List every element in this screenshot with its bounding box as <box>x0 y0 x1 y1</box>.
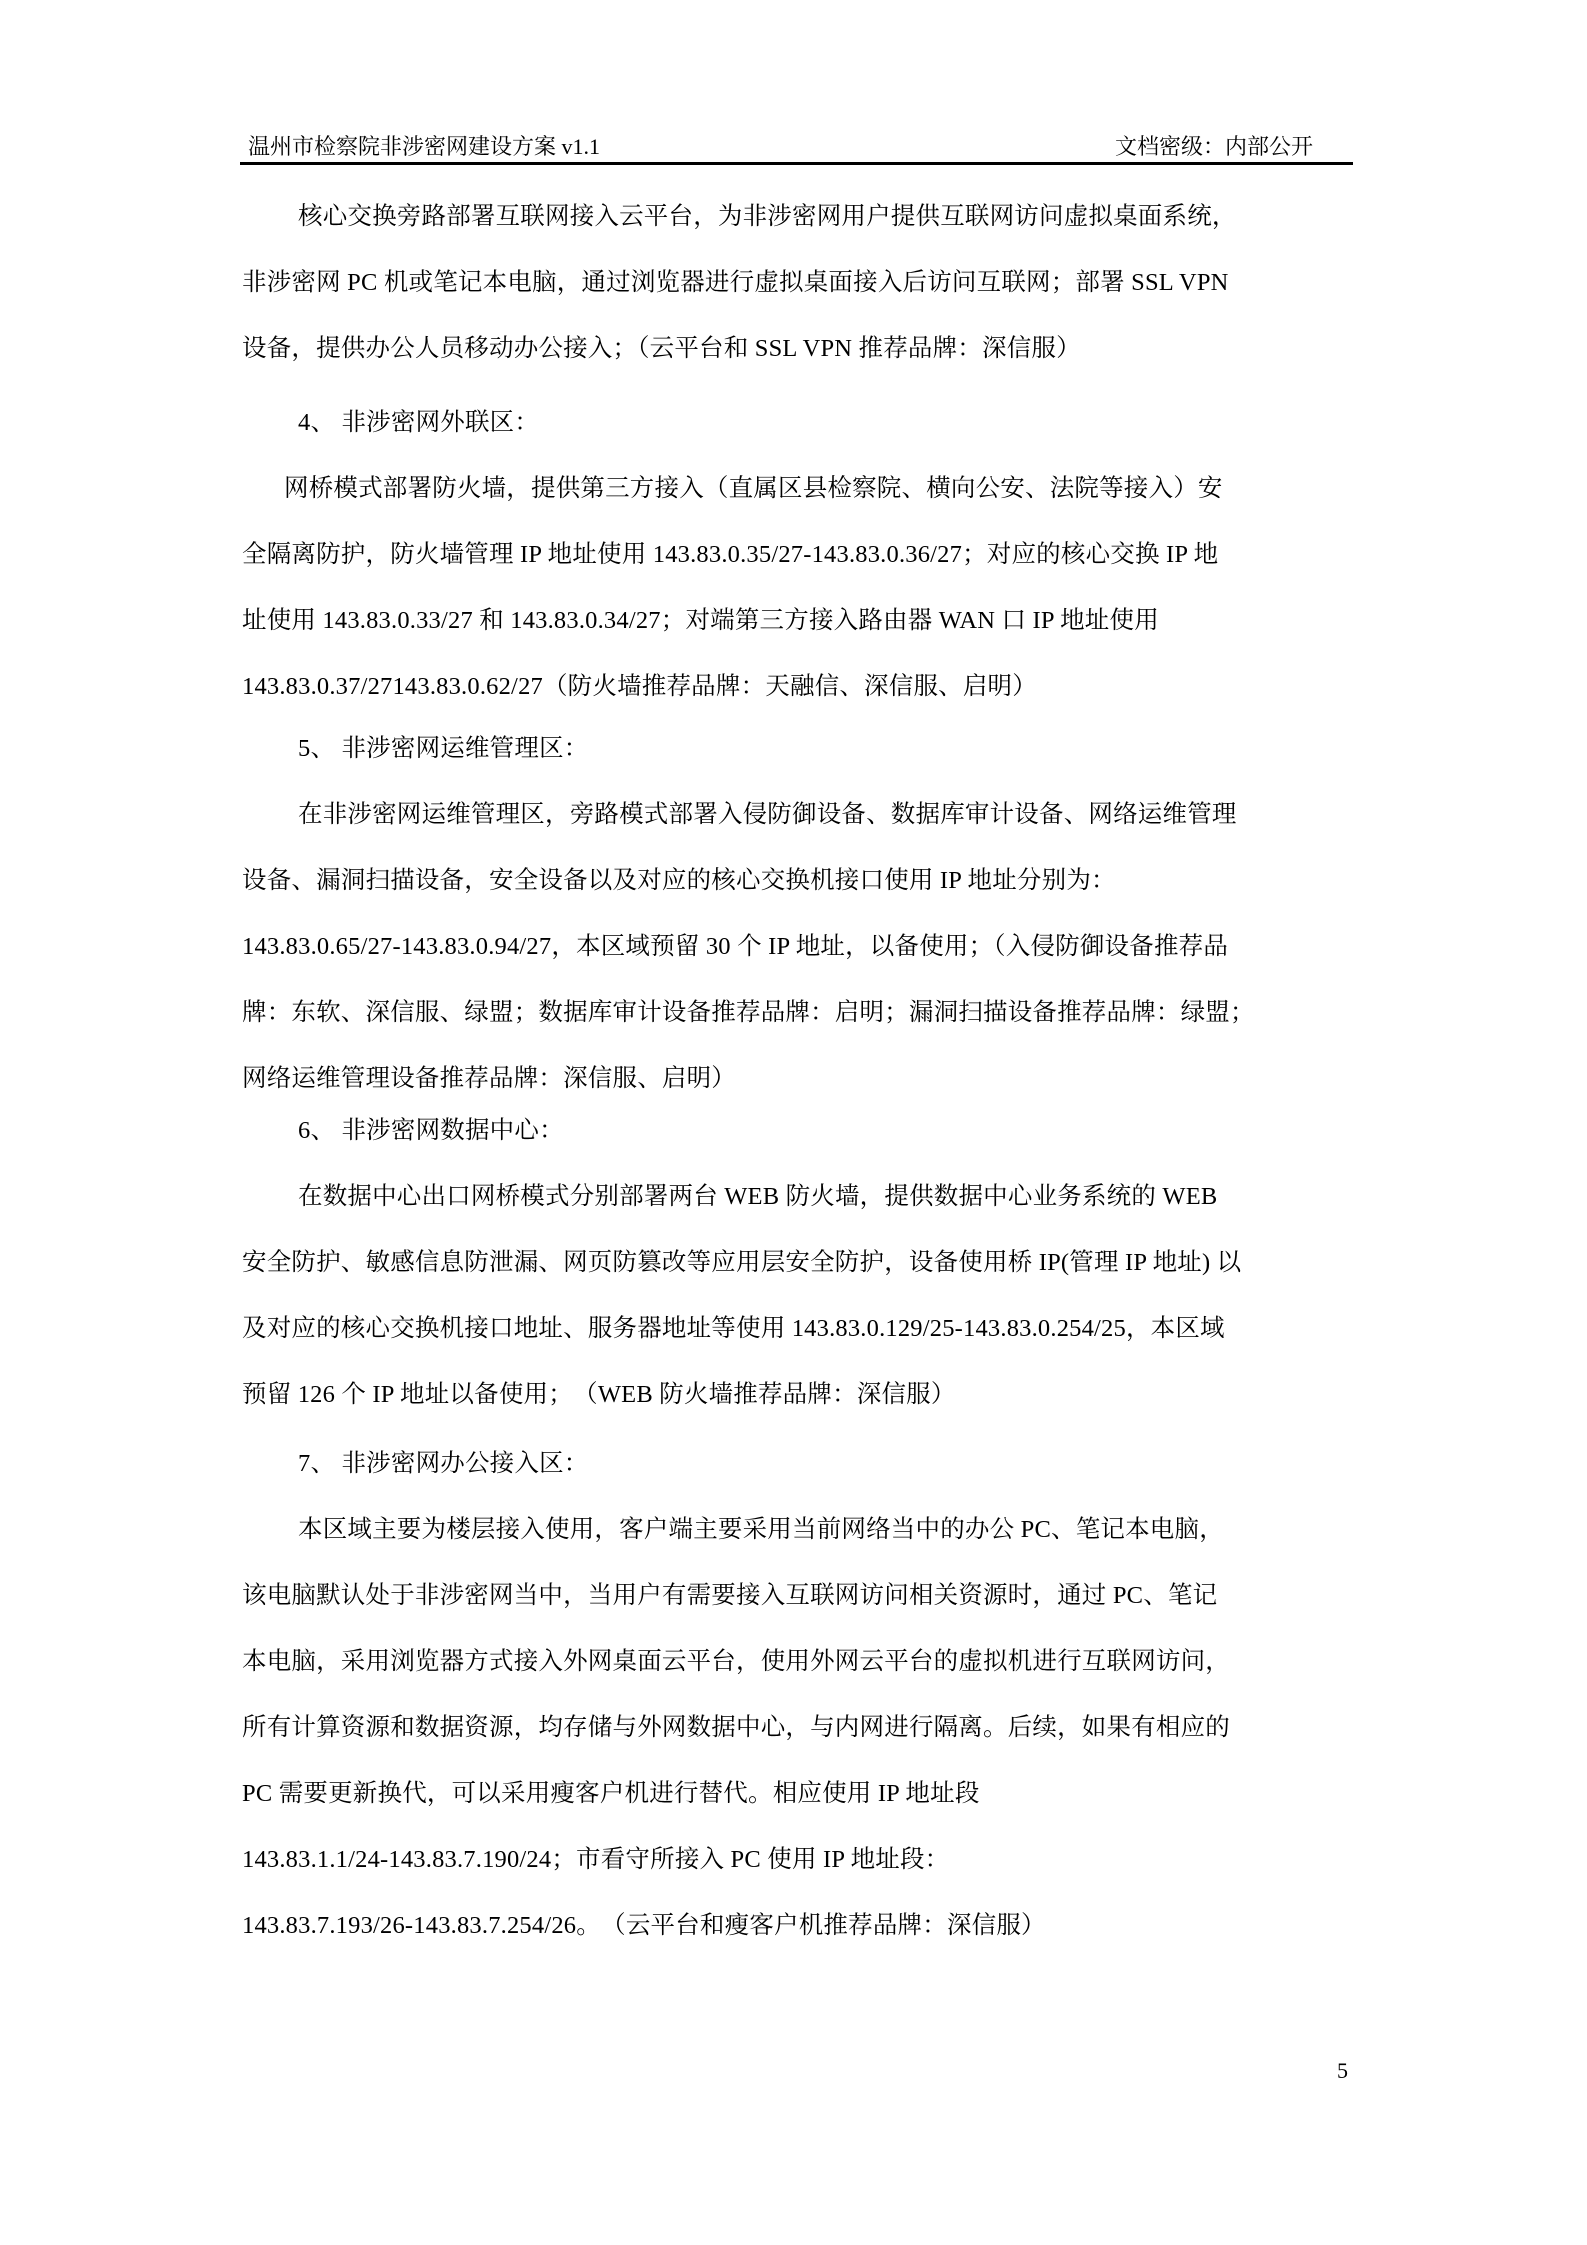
classification-label: 文档密级：内部公开 <box>1115 130 1313 161</box>
section-heading: 5、 非涉密网运维管理区： <box>298 729 588 764</box>
page-number: 5 <box>1337 2058 1348 2084</box>
text-line: 143.83.7.193/26-143.83.7.254/26。 （云平台和瘦客… <box>242 1906 1046 1941</box>
section-heading: 7、 非涉密网办公接入区： <box>298 1444 588 1479</box>
text-line: 核心交换旁路部署互联网接入云平台，为非涉密网用户提供互联网访问虚拟桌面系统， <box>298 197 1237 232</box>
text-line: 设备、漏洞扫描设备，安全设备以及对应的核心交换机接口使用 IP 地址分别为： <box>242 861 1116 896</box>
page-header: 温州市检察院非涉密网建设方案 v1.1 文档密级：内部公开 <box>240 128 1353 165</box>
text-line: 非涉密网 PC 机或笔记本电脑，通过浏览器进行虚拟桌面接入后访问互联网；部署 S… <box>242 263 1229 298</box>
text-line: 预留 126 个 IP 地址以备使用； （WEB 防火墙推荐品牌：深信服） <box>242 1375 956 1410</box>
section-heading: 6、 非涉密网数据中心： <box>298 1111 564 1146</box>
text-line: 牌：东软、深信服、绿盟；数据库审计设备推荐品牌：启明；漏洞扫描设备推荐品牌：绿盟… <box>242 993 1255 1028</box>
text-line: 143.83.0.65/27-143.83.0.94/27，本区域预留 30 个… <box>242 927 1228 962</box>
text-line: 安全防护、敏感信息防泄漏、网页防篡改等应用层安全防护，设备使用桥 IP(管理 I… <box>242 1243 1241 1278</box>
text-line: 所有计算资源和数据资源，均存储与外网数据中心，与内网进行隔离。后续，如果有相应的 <box>242 1708 1230 1743</box>
text-line: PC 需要更新换代，可以采用瘦客户机进行替代。相应使用 IP 地址段 <box>242 1774 980 1809</box>
text-line: 143.83.1.1/24-143.83.7.190/24；市看守所接入 PC … <box>242 1840 949 1875</box>
text-line: 143.83.0.37/27143.83.0.62/27（防火墙推荐品牌：天融信… <box>242 667 1037 702</box>
text-line: 全隔离防护，防火墙管理 IP 地址使用 143.83.0.35/27-143.8… <box>242 535 1218 570</box>
text-line: 本区域主要为楼层接入使用，客户端主要采用当前网络当中的办公 PC、笔记本电脑， <box>298 1510 1224 1545</box>
text-line: 设备，提供办公人员移动办公接入；（云平台和 SSL VPN 推荐品牌：深信服） <box>242 329 1081 364</box>
text-line: 网络运维管理设备推荐品牌：深信服、启明） <box>242 1059 736 1094</box>
document-title: 温州市检察院非涉密网建设方案 v1.1 <box>248 130 600 161</box>
text-line: 该电脑默认处于非涉密网当中，当用户有需要接入互联网访问相关资源时，通过 PC、笔… <box>242 1576 1217 1611</box>
section-heading: 4、 非涉密网外联区： <box>298 403 539 438</box>
text-line: 在数据中心出口网桥模式分别部署两台 WEB 防火墙，提供数据中心业务系统的 WE… <box>298 1177 1217 1212</box>
text-line: 本电脑，采用浏览器方式接入外网桌面云平台，使用外网云平台的虚拟机进行互联网访问， <box>242 1642 1230 1677</box>
text-line: 在非涉密网运维管理区，旁路模式部署入侵防御设备、数据库审计设备、网络运维管理 <box>298 795 1237 830</box>
text-line: 及对应的核心交换机接口地址、服务器地址等使用 143.83.0.129/25-1… <box>242 1309 1225 1344</box>
text-line: 网桥模式部署防火墙，提供第三方接入（直属区县检察院、横向公安、法院等接入）安 <box>284 469 1223 504</box>
text-line: 址使用 143.83.0.33/27 和 143.83.0.34/27；对端第三… <box>242 601 1159 636</box>
